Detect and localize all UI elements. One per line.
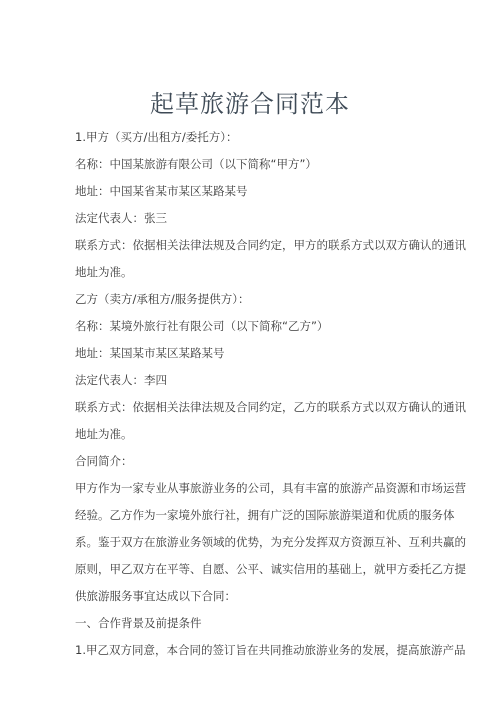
party-b-heading: 乙方（卖方/承租方/服务提供方）： xyxy=(75,292,250,306)
document-title: 起草旅游合同范本 xyxy=(0,84,500,119)
document-page: 起草旅游合同范本 1.甲方（买方/出租方/委托方）： 名称：中国某旅游有限公司（… xyxy=(0,0,500,707)
party-b-representative: 法定代表人：李四 xyxy=(75,373,167,387)
party-b-contact: 联系方式：依据相关法律法规及合同约定，乙方的联系方式以双方确认的通讯 xyxy=(75,400,466,414)
intro-paragraph-line-4: 原则，甲乙双方在平等、自愿、公平、诚实信用的基础上，就甲方委托乙方提 xyxy=(75,562,466,576)
party-a-address: 地址：中国某省某市某区某路某号 xyxy=(75,184,248,198)
party-a-name: 名称：中国某旅游有限公司（以下简称“甲方”） xyxy=(75,157,317,171)
intro-paragraph-line-2: 经验。乙方作为一家境外旅行社，拥有广泛的国际旅游渠道和优质的服务体 xyxy=(75,508,455,522)
party-a-heading: 1.甲方（买方/出租方/委托方）： xyxy=(75,130,237,144)
intro-paragraph-line-1: 甲方作为一家专业从事旅游业务的公司，具有丰富的旅游产品资源和市场运营 xyxy=(75,481,466,495)
party-b-name: 名称：某境外旅行社有限公司（以下简称“乙方”） xyxy=(75,319,328,333)
party-b-address: 地址：某国某市某区某路某号 xyxy=(75,346,225,360)
section-1-clause-1: 1.甲乙双方同意，本合同的签订旨在共同推动旅游业务的发展，提高旅游产品 xyxy=(75,643,465,657)
party-a-contact: 联系方式：依据相关法律法规及合同约定，甲方的联系方式以双方确认的通讯 xyxy=(75,238,466,252)
intro-paragraph-line-3: 系。鉴于双方在旅游业务领域的优势，为充分发挥双方资源互补、互利共赢的 xyxy=(75,535,466,549)
section-1-heading: 一、合作背景及前提条件 xyxy=(75,616,202,630)
party-a-representative: 法定代表人：张三 xyxy=(75,211,167,225)
contract-intro-heading: 合同简介： xyxy=(75,454,133,468)
party-b-contact-cont: 地址为准。 xyxy=(75,427,133,441)
party-a-contact-cont: 地址为准。 xyxy=(75,265,133,279)
intro-paragraph-line-5: 供旅游服务事宜达成以下合同： xyxy=(75,589,236,603)
